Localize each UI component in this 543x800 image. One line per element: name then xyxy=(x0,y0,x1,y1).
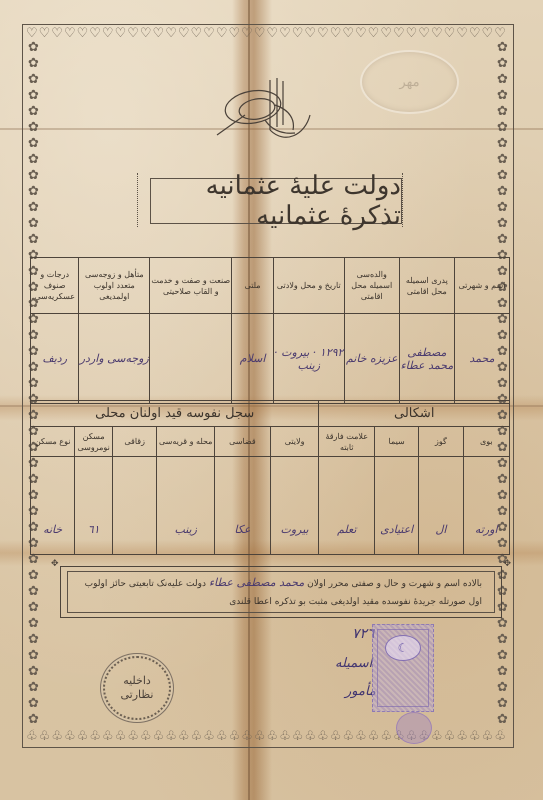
value-religion: اسلام xyxy=(232,314,274,404)
revenue-stamp: ☾ xyxy=(372,624,434,712)
signature-line-1: اسمیله xyxy=(335,656,372,671)
value-house-number: ٦١ xyxy=(75,457,113,555)
header-father: پدری اسمیله محل اقامتی xyxy=(399,258,454,314)
value-quarter: زینب xyxy=(157,457,215,555)
value-occupation xyxy=(150,314,232,404)
section-appearance: اشکالی xyxy=(319,401,510,427)
value-street xyxy=(113,457,157,555)
header-face: سیما xyxy=(375,427,419,457)
document-title-cartouche: دولت علیهٔ عثمانیه تذکرهٔ عثمانیه xyxy=(150,178,402,224)
crescent-icon: ☾ xyxy=(385,635,421,661)
value-district: عکا xyxy=(215,457,271,555)
value-mother: عزیزه خانم xyxy=(344,314,399,404)
table-header-row: بوی گوز سیما علامت فارقهٔ ثابته ولایتی ق… xyxy=(31,427,510,457)
header-eye: گوز xyxy=(419,427,463,457)
statement-line-1: بالاده اسم و شهرت و حال و صفتی محرر اولا… xyxy=(80,574,482,593)
section-header-row: اشکالی سجل نفوسه قید اولنان محلی xyxy=(31,401,510,427)
value-dwelling-type: خانه xyxy=(31,457,75,555)
document-title: دولت علیهٔ عثمانیه تذکرهٔ عثمانیه xyxy=(151,171,401,231)
header-mother: والده‌سی اسمیله محل اقامتی xyxy=(344,258,399,314)
ministry-of-interior-seal: داخلیه نظارتی xyxy=(103,656,171,720)
header-height: بوی xyxy=(463,427,510,457)
embossed-seal: مهر xyxy=(360,50,459,114)
header-quarter: محله و قریه‌سی xyxy=(157,427,215,457)
table-row: محمد مصطفی محمد عطاء عزیزه خانم ١٢٩٢ · ب… xyxy=(31,314,510,404)
seal-line-2: نظارتی xyxy=(121,688,154,702)
header-street: زقاقی xyxy=(113,427,157,457)
header-province: ولایتی xyxy=(270,427,319,457)
header-dwelling-type: نوع مسکن xyxy=(31,427,75,457)
cartouche-left-ornament xyxy=(137,173,150,227)
personal-info-table: اسم و شهرتی پدری اسمیله محل اقامتی والده… xyxy=(30,257,510,404)
cartouche-right-ornament xyxy=(402,173,415,227)
value-father: مصطفی محمد عطاء xyxy=(399,314,454,404)
section-registry: سجل نفوسه قید اولنان محلی xyxy=(31,401,319,427)
value-eye: ال xyxy=(419,457,463,555)
value-name: محمد xyxy=(454,314,509,404)
value-province: بیروت xyxy=(270,457,319,555)
border-ornament-bottom: ♧♧♧♧♧♧♧♧♧♧♧♧♧♧♧♧♧♧♧♧♧♧♧♧♧♧♧♧♧♧♧♧♧♧♧♧♧♧♧ xyxy=(26,730,508,744)
seal-line-1: داخلیه xyxy=(123,674,151,688)
value-birth: ١٢٩٢ · بیروت · زینب xyxy=(273,314,344,404)
header-marital: متأهل و زوجه‌سی متعدد اولوب اولمدیغی xyxy=(79,258,150,314)
header-marks: علامت فارقهٔ ثابته xyxy=(319,427,375,457)
statement-handwritten-name: محمد مصطفی عطاء xyxy=(209,576,304,589)
corner-ornament-icon: ✥ xyxy=(503,559,511,569)
border-ornament-top: ♡♡♡♡♡♡♡♡♡♡♡♡♡♡♡♡♡♡♡♡♡♡♡♡♡♡♡♡♡♡♡♡♡♡♡♡♡♡♡ xyxy=(26,27,508,41)
appearance-registry-table: اشکالی سجل نفوسه قید اولنان محلی بوی گوز… xyxy=(30,400,510,555)
table-row: اورته ال اعتیادی تعلم بیروت عکا زینب ٦١ … xyxy=(31,457,510,555)
tughra-icon xyxy=(215,75,315,150)
value-marital: زوجه‌سی واردر xyxy=(79,314,150,404)
value-face: اعتیادی xyxy=(375,457,419,555)
header-district: قضاسی xyxy=(215,427,271,457)
value-marks: تعلم xyxy=(319,457,375,555)
header-religion: ملتی xyxy=(232,258,274,314)
ottoman-identity-document: ♡♡♡♡♡♡♡♡♡♡♡♡♡♡♡♡♡♡♡♡♡♡♡♡♡♡♡♡♡♡♡♡♡♡♡♡♡♡♡ … xyxy=(0,0,543,800)
certification-statement: ✥ ✥ بالاده اسم و شهرت و حال و صفتی محرر … xyxy=(60,566,502,618)
value-military: ردیف xyxy=(31,314,79,404)
table-header-row: اسم و شهرتی پدری اسمیله محل اقامتی والده… xyxy=(31,258,510,314)
embossed-seal-text: مهر xyxy=(399,75,419,90)
header-military: درجات و صنوف عسکریه‌سی xyxy=(31,258,79,314)
header-house-number: مسکن نومروسی xyxy=(75,427,113,457)
corner-ornament-icon: ✥ xyxy=(51,559,59,569)
ink-seal-stamp xyxy=(396,712,432,744)
header-occupation: صنعت و صفت و خدمت و القاب صلاحیتی xyxy=(150,258,232,314)
statement-suffix: دولت علیه‌نک تابعیتی حائز اولوب xyxy=(85,579,206,589)
header-name: اسم و شهرتی xyxy=(454,258,509,314)
statement-prefix: بالاده اسم و شهرت و حال و صفتی محرر اولا… xyxy=(307,579,482,589)
value-height: اورته xyxy=(463,457,510,555)
statement-line-2: اول صورتله جریدهٔ نفوسده مقید اولدیغی مث… xyxy=(80,593,482,611)
header-birth: تاریخ و محل ولادتی xyxy=(273,258,344,314)
